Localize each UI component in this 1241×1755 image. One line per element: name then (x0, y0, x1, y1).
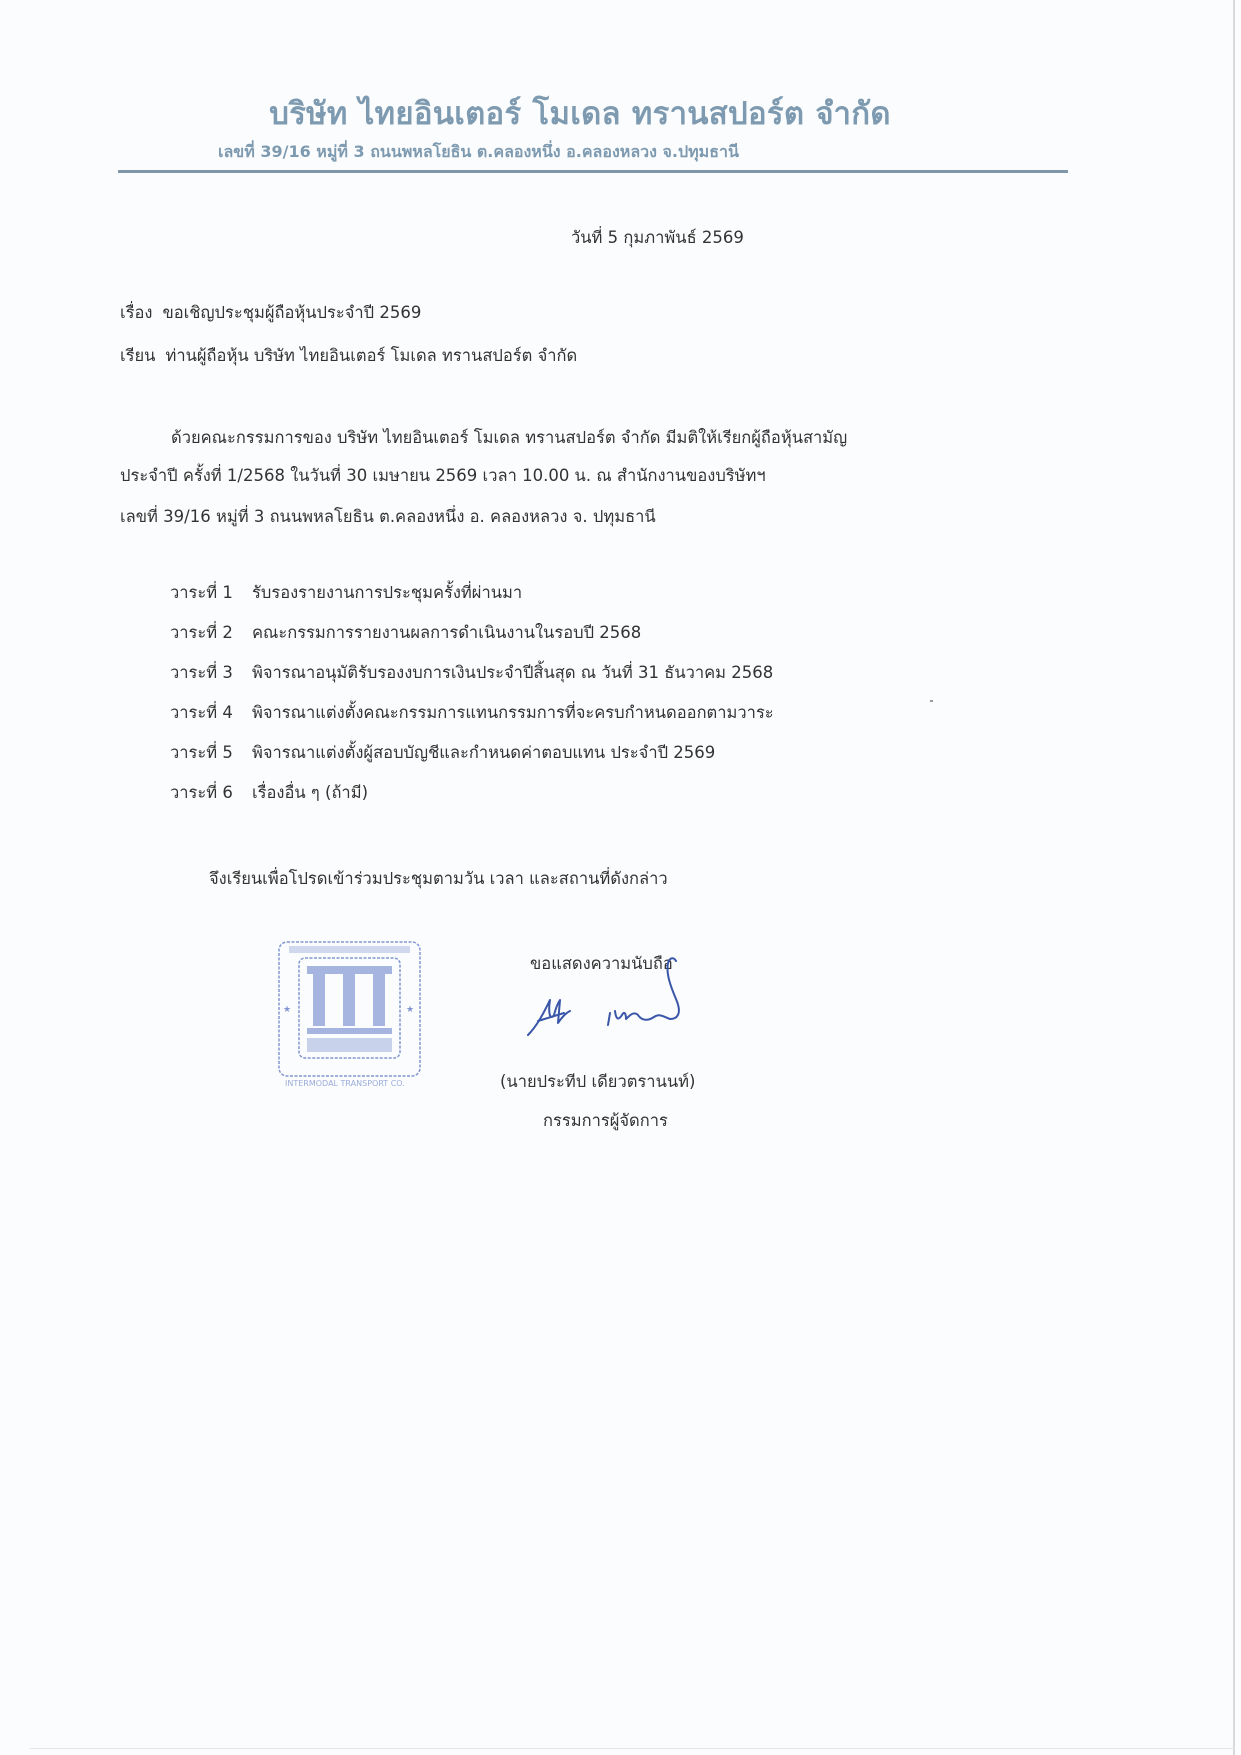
agenda-text: เรื่องอื่น ๆ (ถ้ามี) (252, 783, 368, 802)
agenda-number: วาระที่ 5 (170, 740, 252, 766)
recipient-label: เรียน (120, 346, 155, 365)
company-seal-icon: ★ ★ INTERMODAL TRANSPORT CO. (277, 940, 422, 1088)
agenda-item: วาระที่ 5พิจารณาแต่งตั้งผู้สอบบัญชีและกำ… (170, 740, 715, 766)
subject-label: เรื่อง (120, 303, 152, 322)
agenda-number: วาระที่ 2 (170, 620, 252, 646)
recipient-text: ท่านผู้ถือหุ้น บริษัท ไทยอินเตอร์ โมเดล … (165, 346, 577, 365)
subject-text: ขอเชิญประชุมผู้ถือหุ้นประจำปี 2569 (162, 303, 421, 322)
agenda-text: พิจารณาอนุมัติรับรองงบการเงินประจำปีสิ้น… (252, 663, 773, 682)
agenda-number: วาระที่ 1 (170, 580, 252, 606)
agenda-number: วาระที่ 3 (170, 660, 252, 686)
closing-line: จึงเรียนเพื่อโปรดเข้าร่วมประชุมตามวัน เว… (209, 866, 668, 892)
signatory-name: (นายประทีป เดียวตรานนท์) (500, 1069, 695, 1095)
agenda-text: พิจารณาแต่งตั้งผู้สอบบัญชีและกำหนดค่าตอบ… (252, 743, 715, 762)
body-paragraph-line: ด้วยคณะกรรมการของ บริษัท ไทยอินเตอร์ โมเ… (171, 425, 847, 451)
agenda-item: วาระที่ 6เรื่องอื่น ๆ (ถ้ามี) (170, 780, 368, 806)
agenda-item: วาระที่ 4พิจารณาแต่งตั้งคณะกรรมการแทนกรร… (170, 700, 774, 726)
subject-line: เรื่องขอเชิญประชุมผู้ถือหุ้นประจำปี 2569 (120, 300, 421, 326)
agenda-item: วาระที่ 2คณะกรรมการรายงานผลการดำเนินงานใ… (170, 620, 641, 646)
agenda-text: รับรองรายงานการประชุมครั้งที่ผ่านมา (252, 583, 522, 602)
body-paragraph-line: ประจำปี ครั้งที่ 1/2568 ในวันที่ 30 เมษา… (120, 463, 766, 489)
scan-speck (930, 700, 933, 702)
scan-edge (30, 1748, 1235, 1749)
signatory-position: กรรมการผู้จัดการ (543, 1108, 668, 1134)
agenda-item: วาระที่ 3พิจารณาอนุมัติรับรองงบการเงินปร… (170, 660, 773, 686)
recipient-line: เรียนท่านผู้ถือหุ้น บริษัท ไทยอินเตอร์ โ… (120, 343, 577, 369)
svg-text:INTERMODAL TRANSPORT CO.: INTERMODAL TRANSPORT CO. (285, 1079, 405, 1088)
scan-edge (1233, 0, 1235, 1755)
agenda-text: คณะกรรมการรายงานผลการดำเนินงานในรอบปี 25… (252, 623, 641, 642)
agenda-text: พิจารณาแต่งตั้งคณะกรรมการแทนกรรมการที่จะ… (252, 703, 774, 722)
company-address: เลขที่ 39/16 หมู่ที่ 3 ถนนพหลโยธิน ต.คลอ… (218, 140, 918, 165)
agenda-number: วาระที่ 6 (170, 780, 252, 806)
svg-text:★: ★ (283, 1005, 291, 1015)
svg-text:★: ★ (406, 1005, 414, 1015)
agenda-item: วาระที่ 1รับรองรายงานการประชุมครั้งที่ผ่… (170, 580, 522, 606)
body-paragraph-line: เลขที่ 39/16 หมู่ที่ 3 ถนนพหลโยธิน ต.คลอ… (120, 504, 656, 530)
signature-icon (520, 955, 700, 1045)
letterhead-divider (118, 170, 1068, 173)
agenda-number: วาระที่ 4 (170, 700, 252, 726)
company-name: บริษัท ไทยอินเตอร์ โมเดล ทรานสปอร์ต จำกั… (0, 88, 1160, 138)
letter-date: วันที่ 5 กุมภาพันธ์ 2569 (571, 225, 744, 251)
